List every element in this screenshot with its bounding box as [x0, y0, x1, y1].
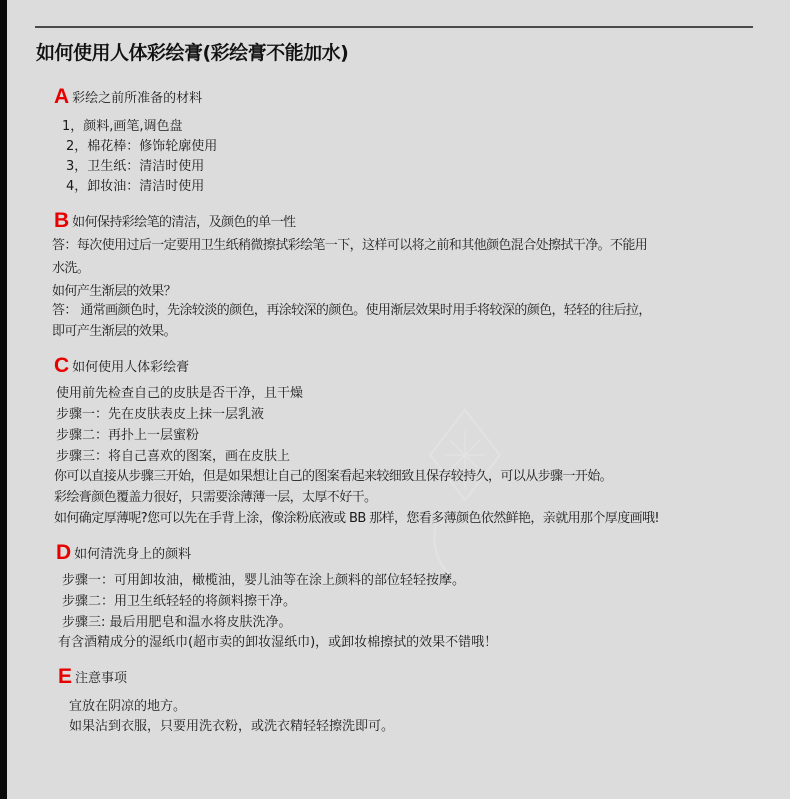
section-c-title: 如何使用人体彩绘膏	[72, 356, 189, 375]
section-c-header: C 如何使用人体彩绘膏	[54, 355, 189, 376]
section-a-title: 彩绘之前所准备的材料	[72, 87, 202, 106]
section-b-title: 如何保持彩绘笔的清洁，及颜色的单一性	[72, 211, 295, 230]
section-a-header: A 彩绘之前所准备的材料	[54, 86, 202, 107]
section-d-line-2: 步骤二：用卫生纸轻轻的将颜料擦干净。	[62, 592, 296, 612]
section-c-line-2: 步骤一：先在皮肤表皮上抹一层乳液	[56, 405, 264, 425]
section-e-marker: E	[58, 666, 72, 687]
section-a-line-2: 2，棉花棒：修饰轮廓使用	[66, 137, 217, 157]
section-a-line-1: 1，颜料,画笔,调色盘	[62, 117, 183, 137]
section-b-line-1: 答：每次使用过后一定要用卫生纸稍微擦拭彩绘笔一下，这样可以将之前和其他颜色混合处…	[52, 236, 647, 256]
section-c-line-3: 步骤二：再扑上一层蜜粉	[56, 426, 199, 446]
section-e-header: E 注意事项	[58, 666, 127, 687]
watermark-logo-icon	[420, 400, 510, 580]
section-c-line-4: 步骤三：将自己喜欢的图案，画在皮肤上	[56, 447, 290, 467]
section-e-line-2: 如果沾到衣服，只要用洗衣粉，或洗衣精轻轻擦洗即可。	[69, 717, 394, 737]
page-title: 如何使用人体彩绘膏(彩绘膏不能加水)	[36, 38, 348, 65]
section-a-marker: A	[54, 86, 69, 107]
section-b-line-5: 即可产生渐层的效果。	[52, 322, 176, 342]
section-d-line-3: 步骤三: 最后用肥皂和温水将皮肤洗净。	[62, 613, 292, 633]
section-d-line-4: 有含酒精成分的湿纸巾(超市卖的卸妆湿纸巾)，或卸妆棉擦拭的效果不错哦！	[58, 633, 497, 653]
section-c-line-1: 使用前先检查自己的皮肤是否干净，且干燥	[56, 384, 303, 404]
section-b-line-3: 如何产生渐层的效果？	[52, 282, 176, 302]
section-b-line-4: 答： 通常画颜色时，先涂较淡的颜色，再涂较深的颜色。使用渐层效果时用手将较深的颜…	[52, 301, 651, 321]
section-a-line-4: 4，卸妆油：清洁时使用	[66, 177, 204, 197]
section-e-line-1: 宜放在阴凉的地方。	[69, 697, 186, 717]
left-edge-strip	[0, 0, 7, 799]
section-b-marker: B	[54, 210, 69, 231]
top-divider	[35, 26, 753, 28]
section-e-title: 注意事项	[75, 667, 127, 686]
section-c-line-6: 彩绘膏颜色覆盖力很好，只需要涂薄薄一层，太厚不好干。	[54, 488, 376, 508]
section-d-title: 如何清洗身上的颜料	[74, 543, 191, 562]
section-c-marker: C	[54, 355, 69, 376]
section-b-header: B 如何保持彩绘笔的清洁，及颜色的单一性	[54, 210, 295, 231]
section-d-header: D 如何清洗身上的颜料	[56, 542, 191, 563]
section-b-line-2: 水洗。	[52, 259, 89, 279]
section-a-line-3: 3，卫生纸：清洁时使用	[66, 157, 204, 177]
section-c-line-5: 你可以直接从步骤三开始，但是如果想让自己的图案看起来较细致且保存较持久，可以从步…	[54, 467, 612, 487]
section-d-line-1: 步骤一：可用卸妆油，橄榄油，婴儿油等在涂上颜料的部位轻轻按摩。	[62, 571, 465, 591]
section-c-line-7: 如何确定厚薄呢?您可以先在手背上涂，像涂粉底液或 BB 那样，您看多薄颜色依然鲜…	[54, 509, 659, 529]
section-d-marker: D	[56, 542, 71, 563]
